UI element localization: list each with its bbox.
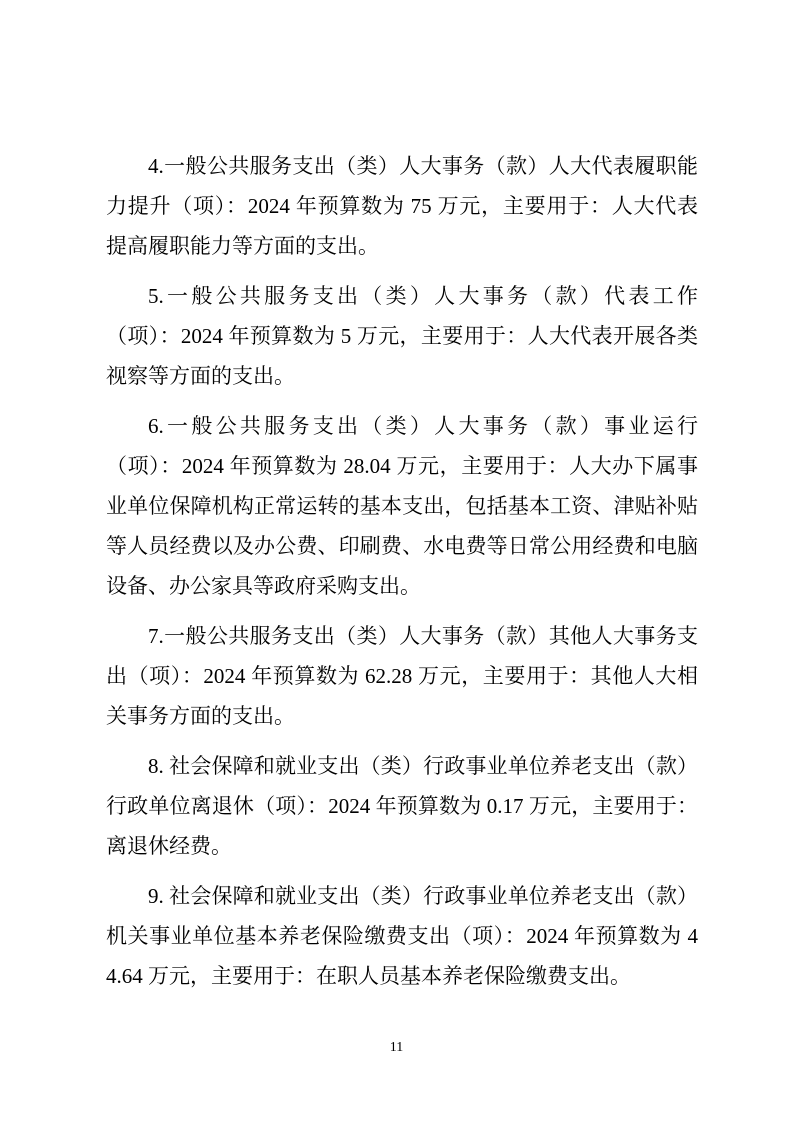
budget-paragraph-4: 4.一般公共服务支出（类）人大事务（款）人大代表履职能力提升（项）：2024 年…: [106, 146, 698, 266]
page-content: 4.一般公共服务支出（类）人大事务（款）人大代表履职能力提升（项）：2024 年…: [106, 146, 698, 996]
page-number: 11: [0, 1038, 793, 1058]
budget-paragraph-5: 5.一般公共服务支出（类）人大事务（款）代表工作（项）：2024 年预算数为 5…: [106, 276, 698, 396]
budget-paragraph-9: 9. 社会保障和就业支出（类）行政事业单位养老支出（款）机关事业单位基本养老保险…: [106, 876, 698, 996]
budget-paragraph-7: 7.一般公共服务支出（类）人大事务（款）其他人大事务支出（项）：2024 年预算…: [106, 616, 698, 736]
budget-paragraph-8: 8. 社会保障和就业支出（类）行政事业单位养老支出（款）行政单位离退休（项）：2…: [106, 746, 698, 866]
document-page: 4.一般公共服务支出（类）人大事务（款）人大代表履职能力提升（项）：2024 年…: [0, 0, 793, 1122]
budget-paragraph-6: 6.一般公共服务支出（类）人大事务（款）事业运行（项）：2024 年预算数为 2…: [106, 406, 698, 606]
